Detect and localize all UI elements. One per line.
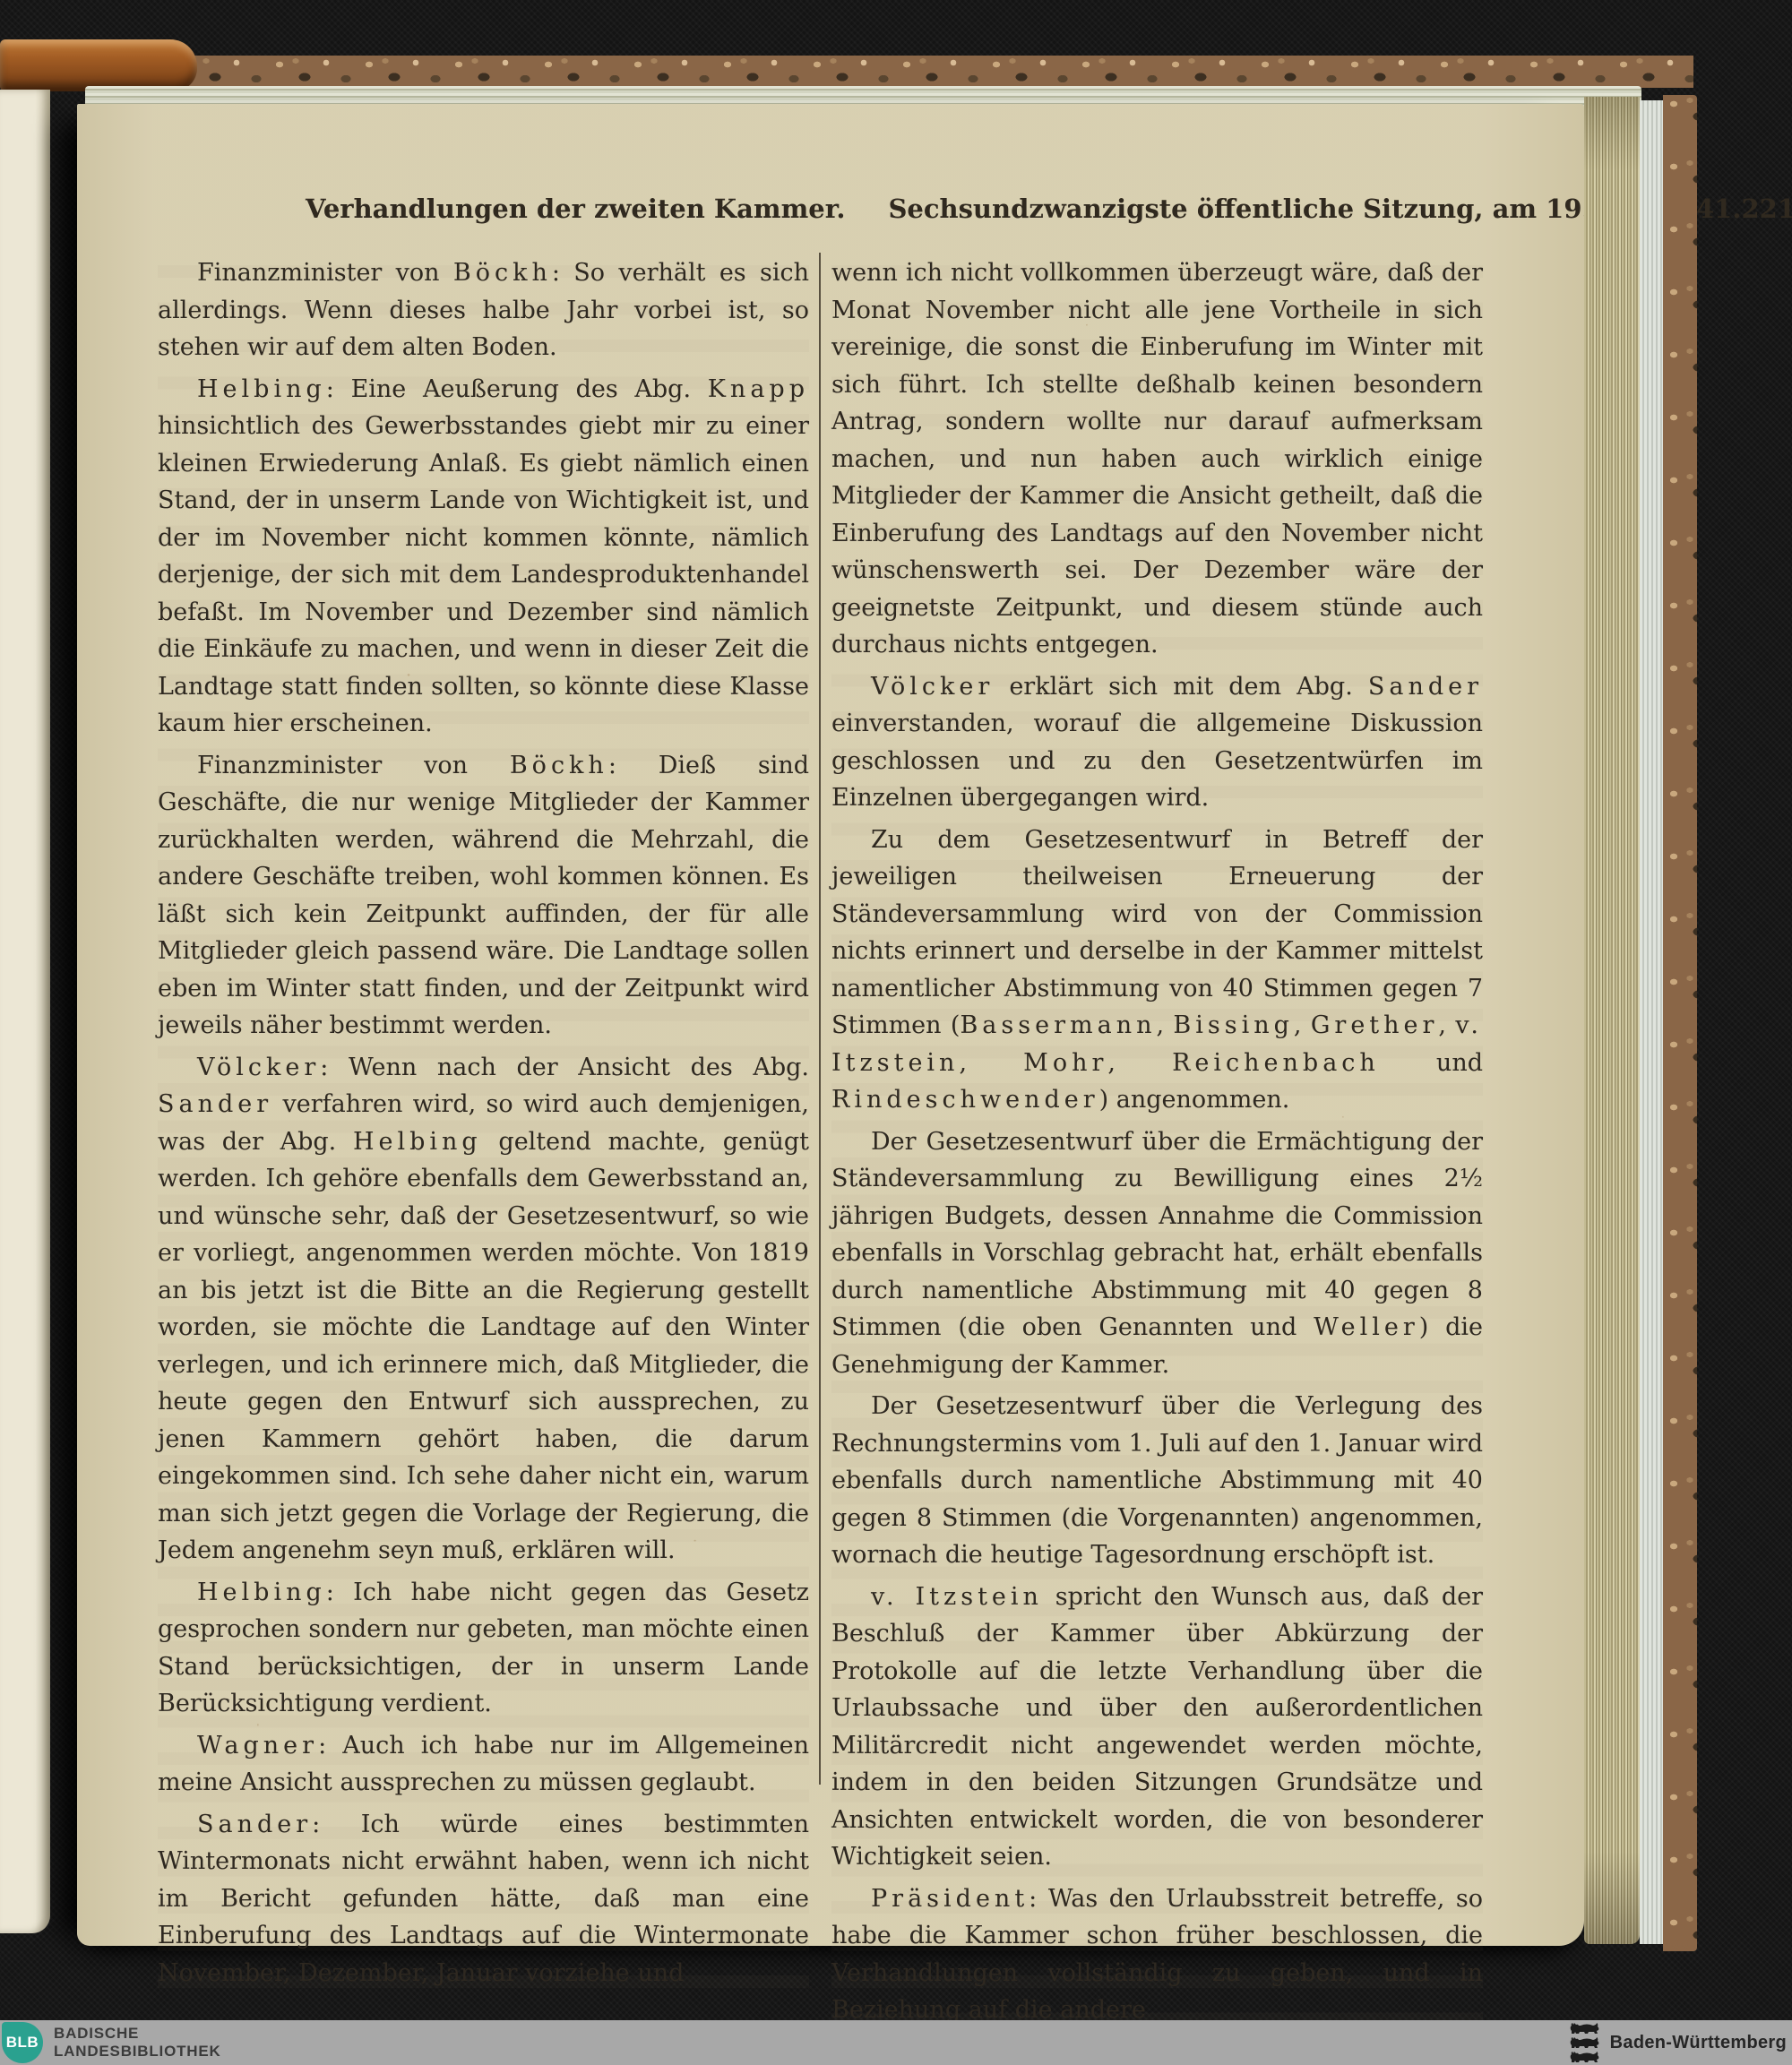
running-head: Verhandlungen der zweiten Kammer. Sechsu… — [306, 194, 1460, 224]
blb-badge-text: BLB — [6, 2034, 39, 2052]
text-column-left: Finanzminister von Böckh: So verhält es … — [158, 254, 809, 1996]
speaker-name: Böckh — [453, 259, 552, 287]
speaker-name: Knapp — [708, 375, 809, 403]
speaker-name: Sander — [197, 1811, 312, 1838]
speaker-name: Helbing — [197, 1579, 326, 1606]
column-divider-rule — [819, 253, 821, 1785]
paragraph: Helbing: Eine Aeußerung des Abg. Knapp h… — [158, 371, 809, 743]
body-text: Der Gesetzesentwurf über die Ermächtigun… — [831, 1128, 1483, 1342]
paragraph: Zu dem Gesetzesentwurf in Betreff der je… — [831, 822, 1483, 1119]
body-text: : Wenn nach der Ansicht des Abg. — [320, 1054, 809, 1081]
body-text: Zu dem Gesetzesentwurf in Betreff der je… — [831, 826, 1483, 1040]
speaker-name: Sander — [1368, 673, 1483, 701]
marbled-board-top-edge — [90, 56, 1693, 88]
body-text: einverstanden, worauf die allgemeine Dis… — [831, 710, 1483, 812]
paragraph: wenn ich nicht vollkommen überzeugt wäre… — [831, 254, 1483, 664]
state-label: Baden-Württemberg — [1610, 2033, 1787, 2053]
paragraph: Helbing: Ich habe nicht gegen das Gesetz… — [158, 1574, 809, 1723]
paragraph: Völcker: Wenn nach der Ansicht des Abg. … — [158, 1049, 809, 1570]
body-text: Der Gesetzesentwurf über die Verlegung d… — [831, 1392, 1483, 1569]
body-text: geltend machte, genügt werden. Ich gehör… — [158, 1128, 809, 1565]
speaker-name: Böckh — [510, 752, 608, 779]
adjacent-leaf-edge-left — [0, 90, 50, 1933]
paragraph: Sander: Ich würde eines bestimmten Winte… — [158, 1806, 809, 1992]
library-name: BADISCHE LANDESBIBLIOTHEK — [54, 2025, 221, 2061]
speaker-name: Völcker — [871, 673, 994, 701]
speaker-name: Grether — [1311, 1011, 1439, 1039]
running-head-part1: Verhandlungen der zweiten Kammer. — [306, 194, 845, 224]
speaker-name: v. Itzstein — [871, 1583, 1043, 1611]
body-text: Finanzminister von — [197, 259, 453, 287]
speaker-name: Präsident — [871, 1885, 1029, 1913]
speaker-name: Völcker — [197, 1054, 320, 1081]
body-text: wenn ich nicht vollkommen überzeugt wäre… — [831, 259, 1483, 658]
state-logo-group: Baden-Württemberg — [1569, 2022, 1792, 2063]
body-text: , — [1107, 1049, 1172, 1077]
body-text: ) angenommen. — [1099, 1086, 1290, 1114]
endpaper-edge — [1640, 100, 1663, 1944]
body-text: und — [1380, 1049, 1483, 1077]
speaker-name: Sander — [158, 1090, 272, 1118]
speaker-name: Helbing — [353, 1128, 482, 1156]
speaker-name: Bissing — [1173, 1011, 1294, 1039]
speaker-name: Wagner — [197, 1732, 318, 1760]
body-text: hinsichtlich des Gewerbsstandes giebt mi… — [158, 412, 809, 737]
speaker-name: Reichenbach — [1172, 1049, 1380, 1077]
page-stack-fore-edge — [1584, 97, 1640, 1944]
body-text: spricht den Wunsch aus, daß der Beschluß… — [831, 1583, 1483, 1871]
viewer-footer-bar: BLB BADISCHE LANDESBIBLIOTHEK — [0, 2020, 1792, 2065]
speaker-name: Helbing — [197, 375, 326, 403]
paragraph: v. Itzstein spricht den Wunsch aus, daß … — [831, 1579, 1483, 1876]
body-text: Finanzminister von — [197, 752, 510, 779]
paragraph: Der Gesetzesentwurf über die Verlegung d… — [831, 1388, 1483, 1574]
blb-logo-icon: BLB — [2, 2022, 43, 2063]
library-name-line2: LANDESBIBLIOTHEK — [54, 2043, 221, 2061]
paragraph: Wagner: Auch ich habe nur im Allgemeinen… — [158, 1727, 809, 1802]
paragraph: Völcker erklärt sich mit dem Abg. Sander… — [831, 668, 1483, 817]
library-logo-group: BLB BADISCHE LANDESBIBLIOTHEK — [0, 2022, 221, 2063]
page-number: 221 — [1741, 194, 1792, 224]
text-column-right: wenn ich nicht vollkommen überzeugt wäre… — [831, 254, 1483, 2034]
photographed-book-scene: Verhandlungen der zweiten Kammer. Sechsu… — [0, 0, 1792, 2065]
book-page-scan: Verhandlungen der zweiten Kammer. Sechsu… — [77, 104, 1584, 1946]
body-text: erklärt sich mit dem Abg. — [994, 673, 1368, 701]
body-text: : Dieß sind Geschäfte, die nur wenige Mi… — [158, 752, 809, 1040]
speaker-name: Rindeschwender — [831, 1086, 1099, 1114]
paragraph: Der Gesetzesentwurf über die Ermächtigun… — [831, 1123, 1483, 1384]
leather-spine-corner — [0, 39, 197, 91]
baden-wuerttemberg-arms-icon — [1569, 2022, 1599, 2063]
body-text: : Eine Aeußerung des Abg. — [326, 375, 708, 403]
body-text: , — [1294, 1011, 1311, 1039]
library-name-line1: BADISCHE — [54, 2025, 221, 2043]
running-head-title: Verhandlungen der zweiten Kammer. Sechsu… — [306, 194, 1741, 224]
body-text: , — [1438, 1011, 1455, 1039]
paragraph: Präsident: Was den Urlaubsstreit betreff… — [831, 1880, 1483, 2029]
marbled-cover-edge-right — [1663, 95, 1697, 1951]
body-text: , — [959, 1049, 1023, 1077]
speaker-name: Mohr — [1023, 1049, 1107, 1077]
body-text: , — [1156, 1011, 1173, 1039]
paragraph: Finanzminister von Böckh: So verhält es … — [158, 254, 809, 366]
speaker-name: Weller — [1314, 1313, 1419, 1341]
speaker-name: Bassermann — [960, 1011, 1156, 1039]
paragraph: Finanzminister von Böckh: Dieß sind Gesc… — [158, 747, 809, 1045]
